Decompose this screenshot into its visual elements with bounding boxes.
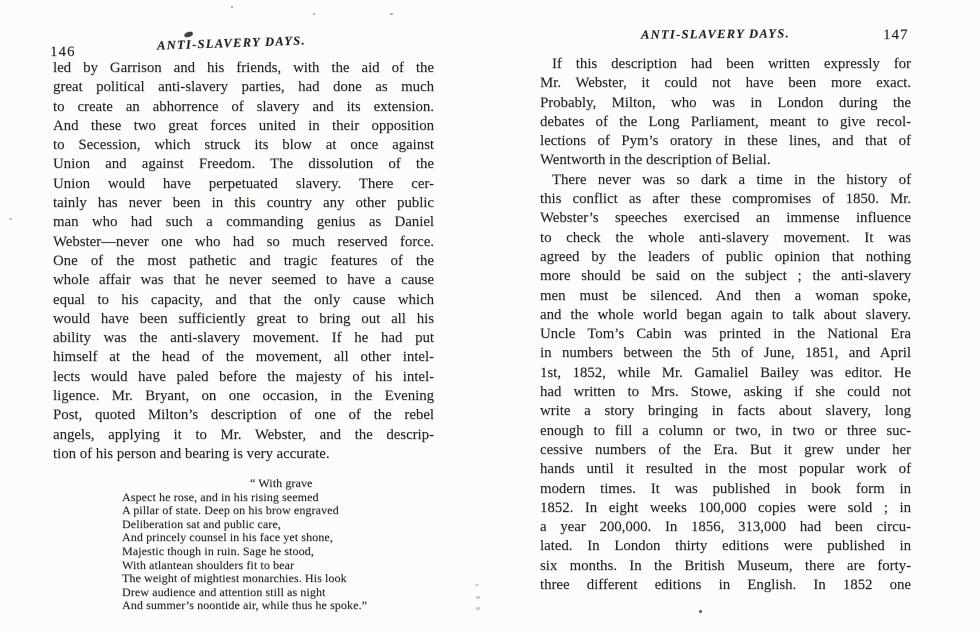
paragraph: If this description had been written exp…: [540, 55, 911, 171]
text-line: whole affair was that he never seemed to…: [53, 271, 434, 290]
text-line: would have been sufficiently great to br…: [53, 310, 434, 329]
verse-line: Majestic though in ruin. Sage he stood,: [122, 545, 390, 559]
verse-line: And summer’s noontide air, while thus he…: [122, 599, 390, 613]
page-number-right: 147: [883, 27, 909, 44]
paragraph: led by Garrison and his friends, with th…: [53, 59, 434, 464]
text-line: to Secession, which struck its blow at o…: [53, 136, 434, 155]
text-line: six months. In the British Museum, there…: [540, 557, 911, 576]
text-line: angels, applying it to Mr. Webster, and …: [53, 426, 434, 445]
text-line: 1st, 1852, while Mr. Gamaliel Bailey was…: [540, 364, 911, 383]
verse-intro-line: “ With grave: [250, 477, 390, 491]
text-line: to create an abhorrence of slavery and i…: [53, 98, 434, 117]
text-line: There never was so dark a time in the hi…: [540, 171, 911, 190]
verse-line: Deliberation sat and public care,: [122, 518, 390, 532]
text-line: If this description had been written exp…: [540, 55, 911, 74]
text-line: men must be silenced. And then a woman s…: [540, 287, 911, 306]
running-head-left: ANTI-SLAVERY DAYS.: [157, 33, 306, 53]
text-line: Probably, Milton, who was in London duri…: [540, 94, 911, 113]
text-line: lections of Pym’s oratory in these lines…: [540, 132, 911, 151]
text-line: lects would have paled before the majest…: [53, 368, 434, 387]
text-line: Post, quoted Milton’s description of one…: [53, 406, 434, 425]
verse-line: A pillar of state. Deep on his brow engr…: [122, 504, 390, 518]
text-line: And these two great forces united in the…: [53, 117, 434, 136]
body-text-right: If this description had been written exp…: [540, 55, 911, 595]
ink-speck: [699, 610, 702, 613]
text-line: this conflict as after these compromises…: [540, 190, 911, 209]
ink-speck: [231, 6, 233, 8]
text-line: Webster’s speeches exercised an immense …: [540, 209, 911, 228]
text-line: himself at the head of the movement, all…: [53, 348, 434, 367]
ink-speck: [390, 13, 393, 15]
text-line: Union and against Freedom. The dissoluti…: [53, 155, 434, 174]
text-line: had written to Mrs. Stowe, asking if she…: [540, 383, 911, 402]
verse-line: With atlantean shoulders fit to bear: [122, 559, 390, 573]
text-line: ability was the anti-slavery movement. I…: [53, 329, 434, 348]
text-line: ligence. Mr. Bryant, on one occasion, in…: [53, 387, 434, 406]
text-line: tainly has never been in this country an…: [53, 194, 434, 213]
text-line: One of the most pathetic and tragic feat…: [53, 252, 434, 271]
scan-gutter-mark: [475, 584, 479, 586]
verse-quote: “ With grave Aspect he rose, and in his …: [122, 477, 390, 613]
text-line: 1852. In eight weeks 100,000 copies were…: [540, 499, 911, 518]
text-line: Webster—never one who had so much reserv…: [53, 233, 434, 252]
verse-line: Drew audience and attention still as nig…: [122, 586, 390, 600]
scan-gutter-mark: [476, 596, 480, 599]
text-line: modern times. It was published in book f…: [540, 480, 911, 499]
text-line: write a story bringing in facts about sl…: [540, 402, 911, 421]
text-line: and the whole world began again to talk …: [540, 306, 911, 325]
paragraph: There never was so dark a time in the hi…: [540, 171, 911, 596]
ink-speck: [313, 13, 315, 15]
verse-line: The weight of mightiest monarchies. His …: [122, 572, 390, 586]
ink-speck: [9, 218, 12, 220]
text-line: to check the whole anti-slavery movement…: [540, 229, 911, 248]
text-line: debates of the Long Parliament, meant to…: [540, 113, 911, 132]
text-line: tion of his person and bearing is very a…: [53, 445, 434, 464]
text-line: cessive numbers of the Era. But it grew …: [540, 441, 911, 460]
text-line: man who had such a commanding genius as …: [53, 213, 434, 232]
text-line: more should be said on the subject ; the…: [540, 267, 911, 286]
text-line: Uncle Tom’s Cabin was printed in the Nat…: [540, 325, 911, 344]
text-line: three different editions in English. In …: [540, 576, 911, 595]
verse-lines: Aspect he rose, and in his rising seemed…: [122, 491, 390, 613]
text-line: Mr. Webster, it could not have been more…: [540, 74, 911, 93]
running-head-right: ANTI-SLAVERY DAYS.: [641, 26, 790, 42]
body-text-left: led by Garrison and his friends, with th…: [53, 59, 434, 464]
text-line: in numbers between the 5th of June, 1851…: [540, 344, 911, 363]
text-line: equal to his capacity, and that the only…: [53, 291, 434, 310]
scan-gutter-mark: [476, 607, 480, 610]
text-line: lated. In London thirty editions were pu…: [540, 537, 911, 556]
text-line: led by Garrison and his friends, with th…: [53, 59, 434, 78]
text-line: agreed by the leaders of public opinion …: [540, 248, 911, 267]
text-line: great political anti-slavery parties, ha…: [53, 78, 434, 97]
text-line: a year 200,000. In 1856, 313,000 had bee…: [540, 518, 911, 537]
verse-line: And princely counsel in his face yet sho…: [122, 531, 390, 545]
text-line: Union would have perpetuated slavery. Th…: [53, 175, 434, 194]
text-line: hands until it resulted in the most popu…: [540, 460, 911, 479]
verse-line: Aspect he rose, and in his rising seemed: [122, 491, 390, 505]
book-scan: 146 ANTI-SLAVERY DAYS. led by Garrison a…: [0, 0, 980, 631]
text-line: Wentworth in the description of Belial.: [540, 151, 911, 170]
text-line: enough to fill a column or two, in two o…: [540, 422, 911, 441]
